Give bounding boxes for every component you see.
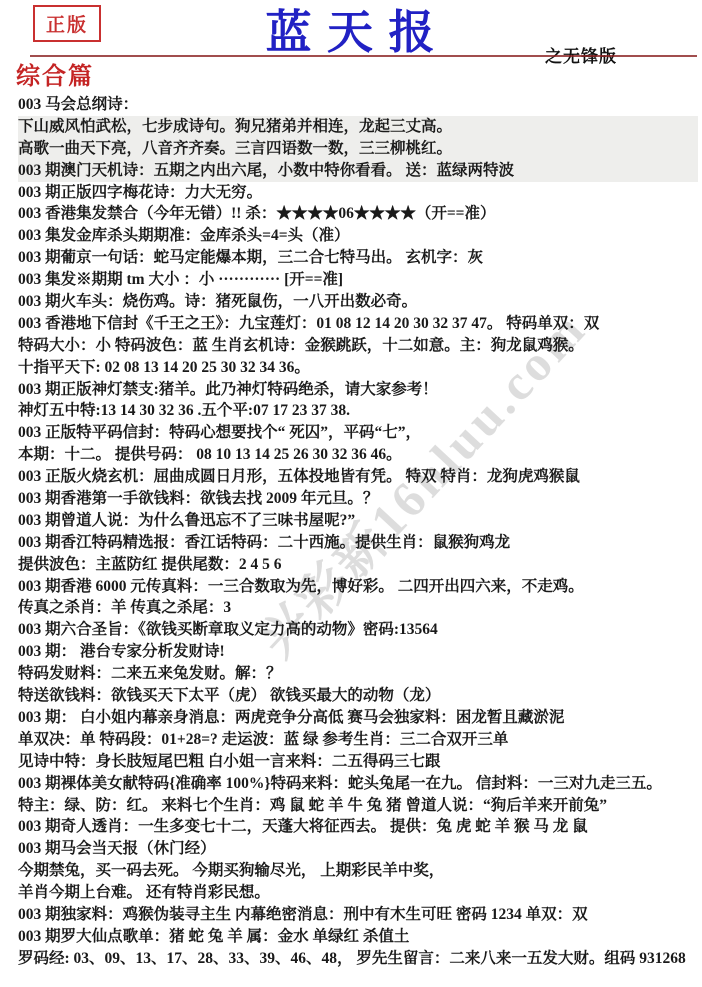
text-line: 003 香港集发禁合（今年无错）!! 杀：★★★★06★★★★（开==准） [18, 203, 698, 225]
text-line: 特主：绿、防：红。 来料七个生肖：鸡 鼠 蛇 羊 牛 兔 猪 曾道人说：“狗后羊… [18, 795, 698, 817]
text-line: 单双决：单 特码段：01+28=? 走运波：蓝 绿 参考生肖：三二合双开三单 [18, 729, 698, 751]
header-divider [30, 55, 697, 57]
text-line: 见诗中特：身长肢短尾巴粗 白小姐一言来料：二五得码三七跟 [18, 751, 698, 773]
text-line: 003 期曾道人说：为什么鲁迅忘不了三味书屋呢?” [18, 510, 698, 532]
text-line: 神灯五中特:13 14 30 32 36 .五个平:07 17 23 37 38… [18, 400, 698, 422]
page-header: 正版 蓝 天 报 之无锋版 综合篇 [0, 0, 702, 92]
text-line: 003 期马会当天报（休门经） [18, 838, 698, 860]
text-line: 003 期香江特码精选报：香江话特码：二十西施。提供生肖：鼠猴狗鸡龙 [18, 532, 698, 554]
text-line: 003 正版火烧玄机：屈曲成圆日月形，五体投地皆有凭。 特双 特肖：龙狗虎鸡猴鼠 [18, 466, 698, 488]
text-line: 003 集发金库杀头期期准：金库杀头=4=头（准） [18, 225, 698, 247]
text-line: 特码大小：小 特码波色：蓝 生肖玄机诗：金猴跳跃，十二如意。主：狗龙鼠鸡猴。 [18, 335, 698, 357]
text-line: 003 期香港第一手欲钱料：欲钱去找 2009 年元旦。？ [18, 488, 698, 510]
text-line: 003 期奇人透肖：一生多变七十二，天蓬大将征西去。 提供：兔 虎 蛇 羊 猴 … [18, 816, 698, 838]
text-line: 下山威风怕武松，七步成诗句。狗兄猪弟并相连，龙起三丈高。 [18, 116, 698, 138]
text-line: 003 期澳门天机诗：五期之内出六尾，小数中特你看看。 送：蓝绿两特波 [18, 160, 698, 182]
text-line: 十指平天下: 02 08 13 14 20 25 30 32 34 36。 [18, 357, 698, 379]
text-line: 003 期： 港台专家分析发财诗! [18, 641, 698, 663]
text-line: 003 期正版神灯禁支:猪羊。此乃神灯特码绝杀，请大家参考！ [18, 379, 698, 401]
newspaper-page: 正版 蓝 天 报 之无锋版 综合篇 兴彩新16hluu.com 003 马会总纲… [0, 0, 702, 987]
text-line: 003 集发※期期 tm 大小 ：小 ············ [开==准] [18, 269, 698, 291]
text-line: 提供波色：主蓝防红 提供尾数：2 4 5 6 [18, 554, 698, 576]
text-line: 003 期六合圣旨：《欲钱买断章取义定力高的动物》密码:13564 [18, 619, 698, 641]
text-line: 羊肖今期上台难。 还有特肖彩民想。 [18, 882, 698, 904]
text-line: 本期：十二。 提供号码： 08 10 13 14 25 26 30 32 36 … [18, 444, 698, 466]
text-line: 003 马会总纲诗： [18, 94, 698, 116]
section-title: 综合篇 [16, 56, 94, 91]
text-line: 今期禁兔，买一码去死。 今期买狗输尽光， 上期彩民羊中奖， [18, 860, 698, 882]
text-line: 高歌一曲天下亮，八音齐齐奏。三言四语数一数，三三柳桃红。 [18, 138, 698, 160]
text-line: 003 期葡京一句话：蛇马定能爆本期，三二合七特马出。 玄机字：灰 [18, 247, 698, 269]
text-line: 003 正版特平码信封：特码心想要找个“ 死囚”，平码“七”， [18, 422, 698, 444]
body-lines: 003 马会总纲诗：下山威风怕武松，七步成诗句。狗兄猪弟并相连，龙起三丈高。高歌… [0, 94, 702, 970]
text-line: 罗码经: 03、09、13、17、28、33、39、46、48， 罗先生留言：二… [18, 948, 698, 970]
text-line: 003 期裸体美女献特码{准确率 100%}特码来料：蛇头兔尾一在九。 信封料：… [18, 773, 698, 795]
text-line: 003 期正版四字梅花诗：力大无穷。 [18, 182, 698, 204]
text-line: 003 期独家料：鸡猴伪装寻主生 内幕绝密消息：刑中有木生可旺 密码 1234 … [18, 904, 698, 926]
text-line: 特送欲钱料：欲钱买天下太平（虎） 欲钱买最大的动物（龙） [18, 685, 698, 707]
text-line: 003 香港地下信封《千王之王》：九宝莲灯：01 08 12 14 20 30 … [18, 313, 698, 335]
text-line: 003 期火车头：烧伤鸡。诗：猪死鼠伤，一八开出数必奇。 [18, 291, 698, 313]
text-line: 003 期罗大仙点歌单：猪 蛇 兔 羊 属：金水 单绿红 杀值土 [18, 926, 698, 948]
text-line: 003 期： 白小姐内幕亲身消息：两虎竞争分高低 赛马会独家料：困龙暂且藏淤泥 [18, 707, 698, 729]
text-line: 特码发财料：二来五来兔发财。解：？ [18, 663, 698, 685]
text-line: 003 期香港 6000 元传真料：一三合数取为先，博好彩。 二四开出四六来，不… [18, 576, 698, 598]
text-line: 传真之杀肖：羊 传真之杀尾：3 [18, 597, 698, 619]
